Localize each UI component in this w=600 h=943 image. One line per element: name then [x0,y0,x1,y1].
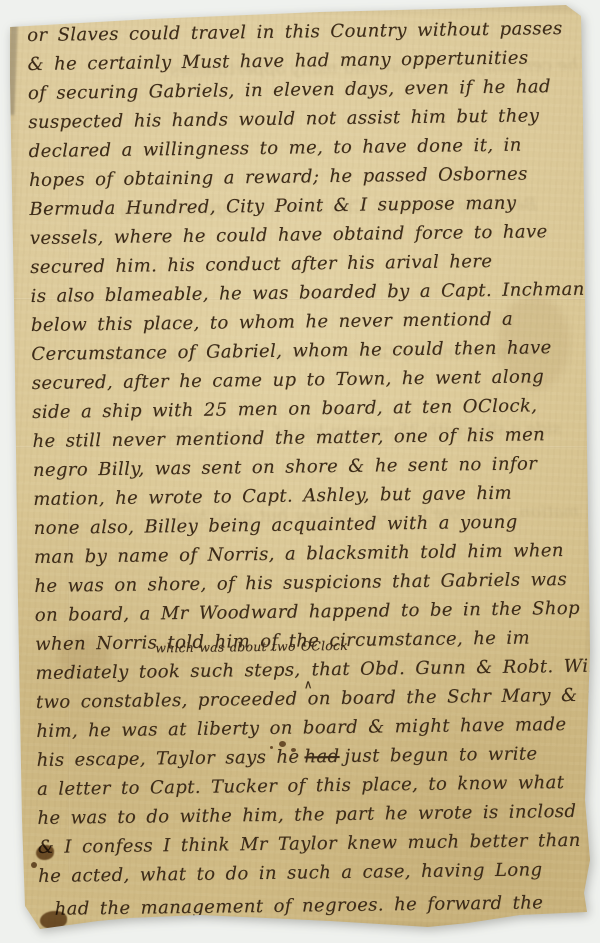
manuscript-line: had the management of negroes. he forwar… [38,888,598,924]
line-text: his escape, Taylor says he [37,746,300,770]
line-text: just begun to write [344,743,537,767]
struck-word: had [304,746,339,767]
paper-shadow: & he certainly Must have had many oppert… [0,0,600,943]
insertion: which was about two OClock∧ [305,657,311,675]
insertion-caret: ∧ [304,670,314,699]
scan-background: & he certainly Must have had many oppert… [0,0,600,943]
line-text: that Obd. Gunn & Robt. Wilson [311,655,600,680]
manuscript-text-block: or Slaves could travel in this Country w… [27,14,599,924]
edge-speck [225,6,232,11]
interlinear-insertion-text: which was about two OClock [155,631,348,663]
paper-edge-fold [7,20,17,115]
manuscript-line: he acted, what to do in such a case, hav… [38,855,598,891]
ink-spot [31,862,37,868]
manuscript-paper-sheet: & he certainly Must have had many oppert… [0,0,600,943]
line-text: mediately took such steps, [35,659,300,683]
